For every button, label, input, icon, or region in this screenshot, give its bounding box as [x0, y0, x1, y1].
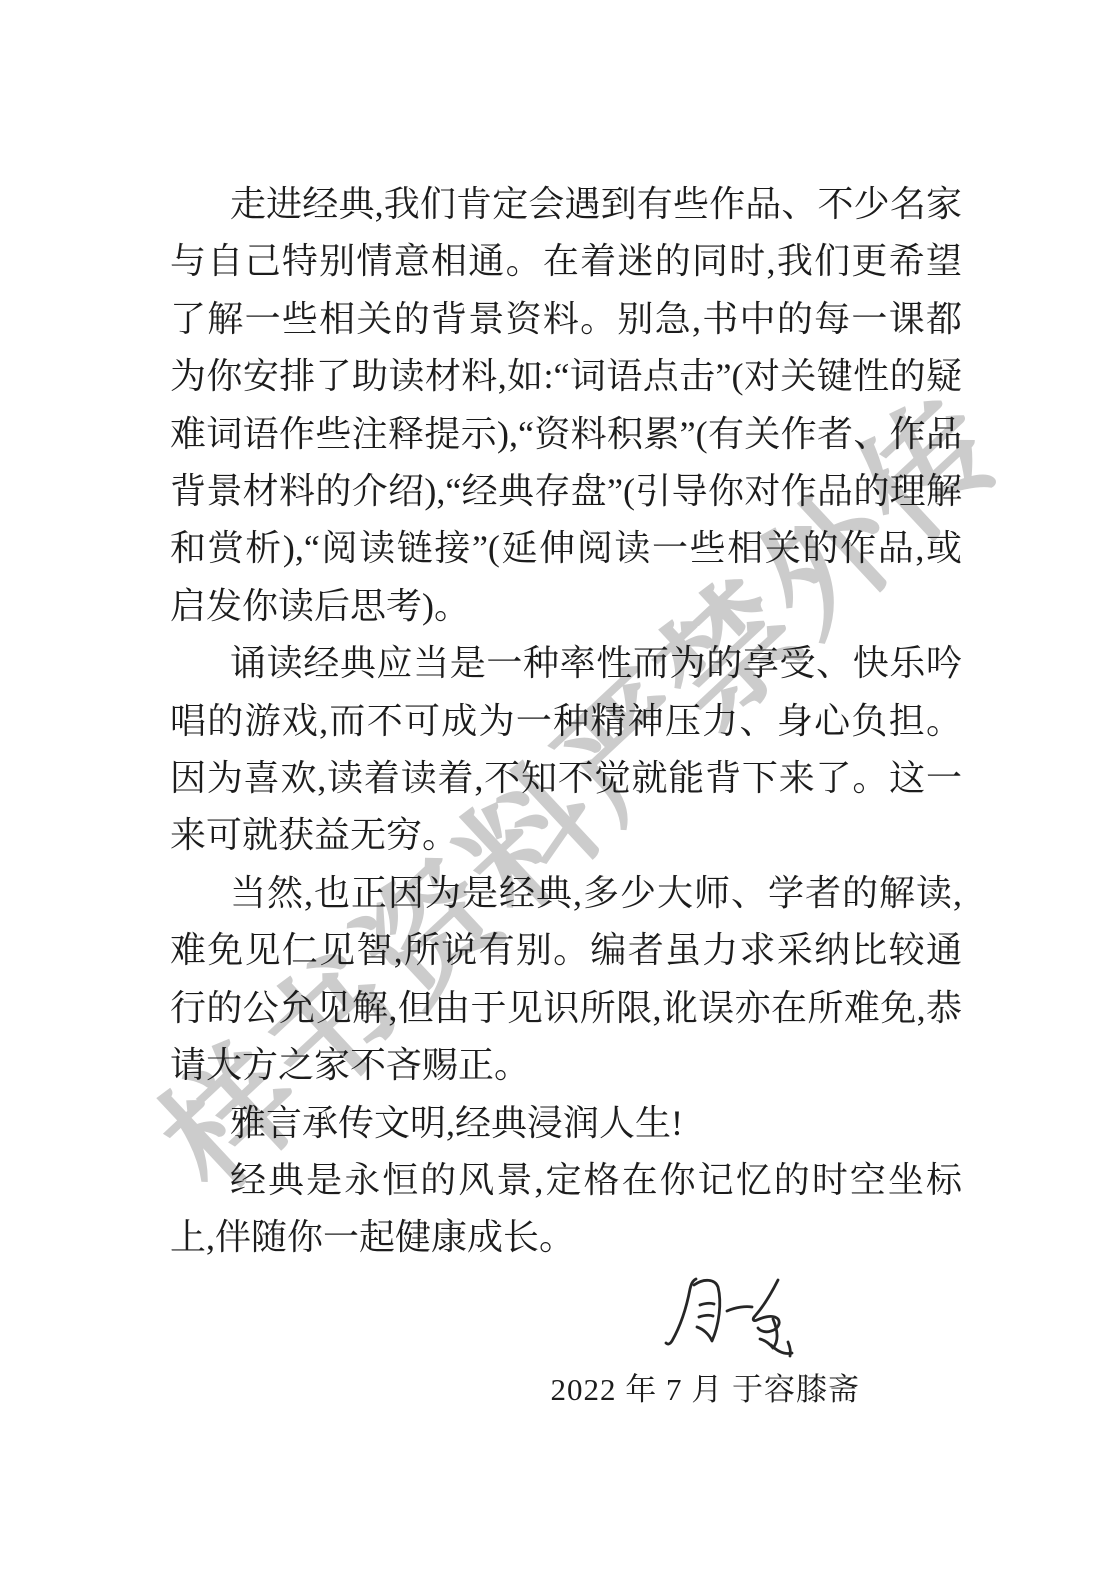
signature-date-line: 2022 年 7 月 于容膝斋: [551, 1364, 861, 1409]
paragraph-1: 走进经典,我们肯定会遇到有些作品、不少名家与自己特别情意相通。在着迷的同时,我们…: [170, 176, 962, 635]
paragraph-2: 诵读经典应当是一种率性而为的享受、快乐吟唱的游戏,而不可成为一种精神压力、身心负…: [170, 635, 962, 865]
signature-strokes: [620, 1245, 860, 1375]
preface-body: 走进经典,我们肯定会遇到有些作品、不少名家与自己特别情意相通。在着迷的同时,我们…: [170, 176, 962, 1267]
paragraph-3: 当然,也正因为是经典,多少大师、学者的解读,难免见仁见智,所说有别。编者虽力求采…: [170, 865, 962, 1095]
paragraph-4: 雅言承传文明,经典浸润人生!: [170, 1095, 962, 1152]
handwritten-signature: [620, 1245, 860, 1375]
book-page: 样书资料严禁外传 走进经典,我们肯定会遇到有些作品、不少名家与自己特别情意相通。…: [0, 0, 1110, 1571]
